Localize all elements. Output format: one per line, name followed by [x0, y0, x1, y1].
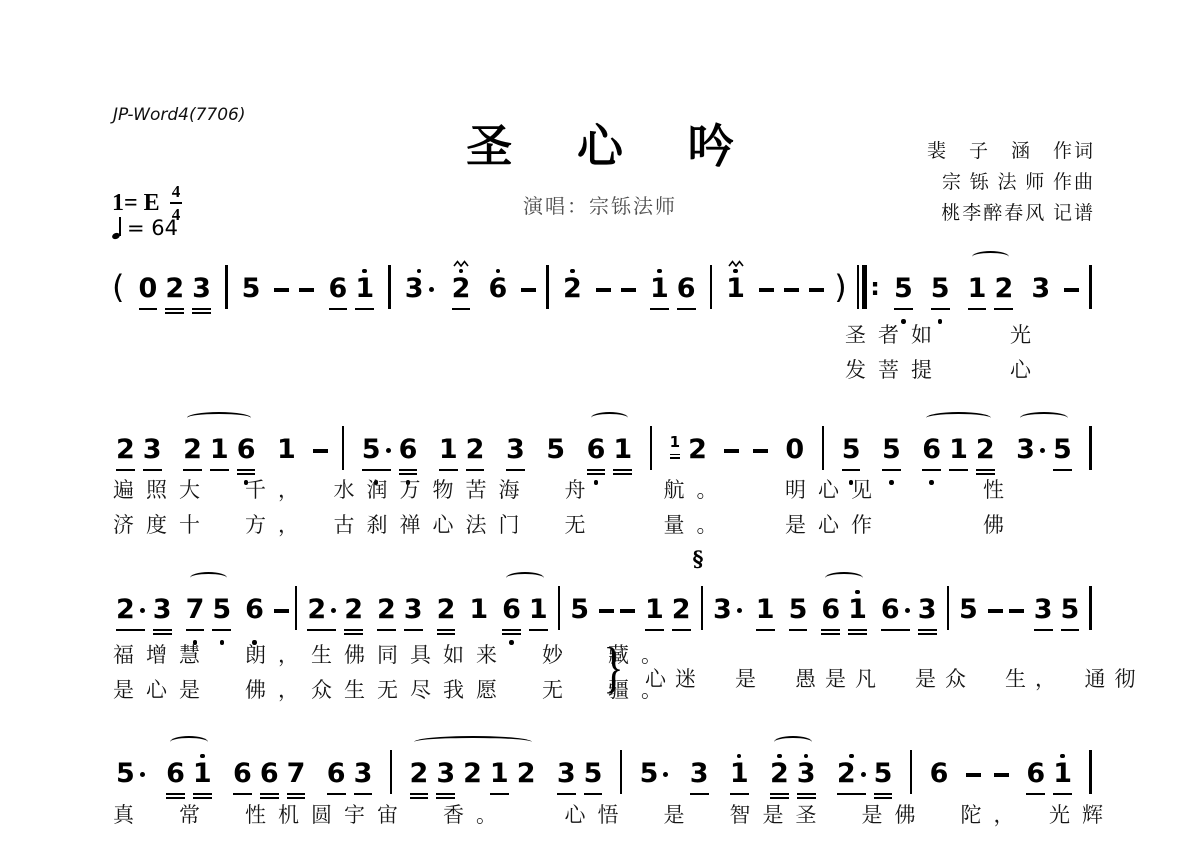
digit: 7	[186, 594, 205, 626]
dash-note	[313, 449, 328, 453]
digit: 2	[770, 758, 789, 790]
beam-line	[821, 633, 840, 635]
barline-rule	[910, 750, 913, 794]
dash-note	[759, 288, 774, 292]
digit: 6	[327, 758, 346, 790]
barline-rule	[1089, 750, 1092, 794]
dash-note	[753, 449, 768, 453]
barline-rule	[620, 750, 623, 794]
dash-note	[1009, 609, 1024, 613]
note-digit: 2	[563, 273, 582, 305]
digit: 5	[212, 594, 231, 626]
beam-lines	[670, 452, 680, 462]
note: 3	[188, 251, 215, 331]
note-digit: 7	[186, 594, 205, 626]
note-group: 61	[325, 251, 379, 331]
beam-lines	[437, 626, 456, 636]
note-digit: 5	[242, 273, 261, 305]
note-digit: 6	[260, 758, 279, 790]
note-digit: 6	[233, 758, 252, 790]
digit: 1	[490, 758, 509, 790]
digit: 1	[277, 434, 296, 466]
beam-lines	[377, 626, 396, 636]
beam-lines	[529, 626, 548, 636]
note-digit: 6	[245, 594, 264, 626]
beam-line	[192, 308, 211, 310]
barline	[1089, 572, 1092, 630]
beam-lines	[165, 305, 184, 315]
note: 3	[1012, 412, 1049, 492]
note-ornaments	[453, 251, 469, 273]
note-digit: 6	[399, 434, 418, 466]
beam-lines	[1034, 626, 1053, 636]
beam-line	[437, 629, 456, 631]
parenthesis: (	[112, 270, 124, 304]
beam-line	[193, 793, 212, 795]
note-ornaments	[657, 251, 662, 273]
key-label: 1= E	[112, 190, 160, 217]
beam-lines	[931, 305, 950, 315]
beam-line	[116, 629, 145, 631]
note-digit: 6	[327, 758, 346, 790]
digit: 6	[502, 594, 521, 626]
digit: 3	[192, 273, 211, 305]
note-group: 5	[955, 572, 982, 652]
slur-arc	[591, 412, 629, 424]
dash-note	[1064, 288, 1079, 292]
beam-line	[1026, 793, 1045, 795]
beam-lines	[968, 305, 987, 315]
note-digit: 1	[210, 434, 229, 466]
note-group: 61	[817, 572, 871, 652]
beam-lines	[894, 305, 913, 315]
lyrics-line-3-joined: 心迷 是 愚是凡 是众 生， 通彻	[645, 662, 1145, 697]
beam-lines	[1061, 626, 1080, 636]
note-digit: 5	[959, 594, 978, 626]
digit: 3	[436, 758, 455, 790]
beam-line	[650, 308, 669, 310]
beam-line	[584, 793, 603, 795]
note-group: 3	[709, 572, 746, 652]
note: 6	[673, 251, 700, 331]
note-digit: 0	[139, 273, 158, 305]
digit: 5	[959, 594, 978, 626]
digit: 6	[166, 758, 185, 790]
beam-lines	[452, 305, 471, 315]
beam-line	[183, 469, 202, 471]
beam-lines	[329, 305, 348, 315]
digit: 2	[437, 594, 456, 626]
note-digit: 1	[670, 432, 680, 452]
digit: 2	[517, 758, 536, 790]
note: 3	[1030, 572, 1057, 652]
digit: 5	[1061, 594, 1080, 626]
beam-line	[730, 793, 749, 795]
digit: 2	[976, 434, 995, 466]
digit: 1	[1053, 758, 1072, 790]
beam-line	[436, 793, 455, 795]
digit: 1	[756, 594, 775, 626]
beam-line	[837, 793, 866, 795]
digit: 2	[994, 273, 1013, 305]
digit: 1	[645, 594, 664, 626]
slur-arc	[1020, 412, 1068, 424]
slur-arc	[190, 572, 228, 584]
beam-line	[670, 457, 680, 459]
digit: 3	[690, 758, 709, 790]
beam-line	[344, 629, 363, 631]
note-digit: 5	[842, 434, 861, 466]
digit: 3	[713, 594, 732, 626]
beam-lines	[726, 305, 745, 315]
beam-line	[976, 469, 995, 471]
barline	[1089, 251, 1092, 309]
augmentation-dot	[1040, 448, 1045, 453]
beam-line	[848, 633, 867, 635]
beam-line	[490, 793, 509, 795]
dash-note	[274, 288, 289, 292]
barline-rule	[1089, 586, 1092, 630]
digit: 5	[789, 594, 808, 626]
beam-line	[1061, 629, 1080, 631]
note-digit: 5	[931, 273, 950, 305]
note: 5	[1049, 412, 1076, 492]
note-digit: 6	[1026, 758, 1045, 790]
beam-lines	[881, 626, 910, 636]
note-group: 1	[722, 251, 749, 331]
digit: 2	[688, 434, 707, 466]
digit: 6	[329, 273, 348, 305]
note-ornaments	[849, 736, 854, 758]
note-digit: 2	[452, 273, 471, 305]
note-digit: 2	[976, 434, 995, 466]
beam-line	[918, 629, 937, 631]
beam-line	[690, 793, 709, 795]
note-digit: 2	[437, 594, 456, 626]
augmentation-dot	[663, 772, 668, 777]
digit: 1	[469, 594, 488, 626]
note: 3	[401, 251, 438, 331]
beam-lines	[307, 626, 336, 636]
note-ornaments	[1060, 736, 1065, 758]
note-digit: 5	[362, 434, 391, 466]
digit: 2	[377, 594, 396, 626]
beam-lines	[469, 626, 488, 636]
beam-line	[410, 793, 429, 795]
note-digit: 3	[404, 594, 423, 626]
dash-note	[994, 773, 1009, 777]
dash-note	[724, 449, 739, 453]
digit: 1	[968, 273, 987, 305]
digit: 3	[153, 594, 172, 626]
augmentation-dot	[861, 772, 866, 777]
beam-line	[404, 629, 423, 631]
note-digit: 5	[570, 594, 589, 626]
beam-line	[233, 793, 252, 795]
barline	[650, 412, 653, 470]
digit: 5	[584, 758, 603, 790]
note-group: 35	[1012, 412, 1076, 492]
note-digit: 5	[874, 758, 893, 790]
digit: 5	[1053, 434, 1072, 466]
barline	[342, 412, 345, 470]
note-digit: 5	[116, 758, 145, 790]
digit: 2	[183, 434, 202, 466]
beam-line	[874, 793, 893, 795]
note-digit: 1	[756, 594, 775, 626]
digit: 3	[1016, 434, 1035, 466]
digit: 0	[139, 273, 158, 305]
beam-line	[116, 469, 135, 471]
digit: 1	[613, 434, 632, 466]
beam-lines	[672, 626, 691, 636]
note-digit: 2	[116, 434, 135, 466]
note-digit: 3	[1031, 273, 1050, 305]
slur-arc	[972, 251, 1010, 263]
beam-lines	[918, 626, 937, 636]
note-digit: 6	[930, 758, 949, 790]
beam-lines	[153, 626, 172, 636]
barline	[1089, 412, 1092, 470]
beam-lines	[713, 626, 742, 636]
note-digit: 6	[922, 434, 941, 466]
beam-lines	[355, 305, 374, 315]
augmentation-dot	[386, 448, 391, 453]
repeat-dots: :	[870, 267, 880, 307]
barline-rule	[1089, 426, 1092, 470]
slur-arc	[414, 736, 532, 748]
note-digit: 1	[529, 594, 548, 626]
augmentation-dot	[429, 287, 434, 292]
digit: 1	[848, 594, 867, 626]
slur-arc	[926, 412, 990, 424]
dash-note	[596, 288, 611, 292]
beam-lines	[186, 626, 205, 636]
beam-line	[882, 469, 901, 471]
note-digit: 2	[183, 434, 202, 466]
note: 6	[817, 572, 844, 652]
note-ornaments	[362, 251, 367, 273]
slur-arc	[187, 412, 251, 424]
barline	[295, 572, 298, 630]
barline	[710, 251, 713, 309]
digit: 0	[785, 434, 804, 466]
digit: 7	[287, 758, 306, 790]
beam-line	[672, 629, 691, 631]
tempo-value: = 64	[127, 216, 178, 240]
beam-line	[894, 308, 913, 310]
beam-line	[881, 629, 910, 631]
note-group: 1	[752, 572, 779, 652]
note-digit: 6	[881, 594, 910, 626]
lyrics-line-1: 圣者如 光 发菩提 心	[845, 318, 1043, 388]
note-group: 2	[559, 251, 586, 331]
note-digit: 2	[837, 758, 866, 790]
beam-line	[1053, 793, 1072, 795]
beam-line	[789, 629, 808, 631]
beam-lines	[139, 305, 158, 315]
note-digit: 5	[789, 594, 808, 626]
beam-line	[153, 629, 172, 631]
repeat-start-sign: :	[857, 265, 880, 309]
note-digit: 6	[166, 758, 185, 790]
digit: 2	[165, 273, 184, 305]
digit: 3	[1031, 273, 1050, 305]
beam-line	[506, 469, 525, 471]
barline-rule	[546, 265, 549, 309]
beam-line	[613, 469, 632, 471]
note-group: 023	[135, 251, 215, 331]
beam-lines	[959, 626, 978, 636]
dash-note	[274, 609, 289, 613]
beam-line	[143, 469, 162, 471]
note: 5	[238, 251, 265, 331]
note-group: 3	[401, 251, 438, 331]
note-digit: 3	[405, 273, 434, 305]
repeat-thin-bar	[857, 265, 859, 309]
digit: 1	[193, 758, 212, 790]
beam-line	[922, 469, 941, 471]
digit: 5	[931, 273, 950, 305]
dash-note	[299, 288, 314, 292]
beam-line	[260, 793, 279, 795]
note-ornaments	[737, 736, 742, 758]
digit: 1	[210, 434, 229, 466]
dash-note	[809, 288, 824, 292]
note-digit: 1	[1053, 758, 1072, 790]
note-ornaments	[417, 251, 422, 273]
note-digit: 2	[344, 594, 363, 626]
augmentation-dot	[905, 608, 910, 613]
dash-note	[620, 609, 635, 613]
beam-lines	[344, 626, 363, 636]
beam-line	[677, 308, 696, 310]
augmentation-dot	[140, 772, 145, 777]
beam-line	[344, 633, 363, 635]
digit: 6	[260, 758, 279, 790]
dash-note	[966, 773, 981, 777]
digit: 6	[677, 273, 696, 305]
digit: 6	[237, 434, 256, 466]
beam-line	[466, 469, 485, 471]
note-digit: 2	[466, 434, 485, 466]
digit: 1	[730, 758, 749, 790]
beam-line	[645, 629, 664, 631]
note-digit: 2	[517, 758, 536, 790]
digit: 5	[362, 434, 381, 466]
beam-line	[670, 454, 680, 456]
digit: 5	[546, 434, 565, 466]
note-digit: 3	[1016, 434, 1045, 466]
beam-line	[1034, 629, 1053, 631]
beam-line	[949, 469, 968, 471]
digit: 6	[245, 594, 264, 626]
note-digit: 3	[506, 434, 525, 466]
beam-line	[968, 308, 987, 310]
note-digit: 1	[968, 273, 987, 305]
beam-line	[437, 633, 456, 635]
beam-line	[139, 308, 158, 310]
barline	[947, 572, 950, 630]
digit: 2	[466, 434, 485, 466]
note: 3	[709, 572, 746, 652]
note-digit: 2	[770, 758, 789, 790]
note-digit: 1	[439, 434, 458, 466]
quarter-note-icon	[112, 216, 123, 240]
beam-lines	[650, 305, 669, 315]
barline-rule	[1089, 265, 1092, 309]
digit: 6	[1026, 758, 1045, 790]
beam-line	[237, 469, 256, 471]
beam-lines	[405, 305, 434, 315]
note: 6	[325, 251, 352, 331]
note: 6	[484, 251, 511, 331]
note: 1	[351, 251, 378, 331]
beam-line	[918, 633, 937, 635]
beam-line	[452, 308, 471, 310]
digit: 6	[399, 434, 418, 466]
beam-line	[439, 469, 458, 471]
digit: 5	[570, 594, 589, 626]
note: 6	[877, 572, 914, 652]
dash-note	[521, 288, 536, 292]
lyrics-brace: }	[603, 640, 623, 696]
beam-line	[842, 469, 861, 471]
barline	[390, 736, 393, 794]
beam-lines	[242, 305, 261, 315]
beam-line	[327, 793, 346, 795]
note-digit: 1	[650, 273, 669, 305]
note-digit: 1	[848, 594, 867, 626]
beam-lines	[192, 305, 211, 315]
note: 5	[785, 572, 812, 652]
note-digit: 1	[645, 594, 664, 626]
note-group: 5	[238, 251, 265, 331]
augmentation-dot	[331, 608, 336, 613]
barline-rule	[225, 265, 228, 309]
beam-line	[166, 793, 185, 795]
barline-rule	[390, 750, 393, 794]
digit: 1	[529, 594, 548, 626]
note-digit: 1	[730, 758, 749, 790]
digit: 2	[463, 758, 482, 790]
digit: 1	[726, 273, 745, 305]
note-digit: 3	[143, 434, 162, 466]
note-digit: 5	[640, 758, 669, 790]
digit: 5	[894, 273, 913, 305]
barline	[558, 572, 561, 630]
barline	[1089, 736, 1092, 794]
note-digit: 5	[1053, 434, 1072, 466]
beam-lines	[116, 626, 145, 636]
note-digit: 6	[821, 594, 840, 626]
dash-note	[988, 609, 1003, 613]
note-ornaments	[570, 251, 575, 273]
digit: 6	[587, 434, 606, 466]
beam-line	[770, 793, 789, 795]
slur-arc	[506, 572, 544, 584]
barline-rule	[701, 586, 704, 630]
digit: 5	[882, 434, 901, 466]
digit: 6	[881, 594, 900, 626]
note-digit: 2	[688, 434, 707, 466]
note-digit: 3	[354, 758, 373, 790]
digit: 1	[949, 434, 968, 466]
note-digit: 5	[894, 273, 913, 305]
beam-lines	[756, 626, 775, 636]
beam-lines	[1053, 466, 1072, 476]
beam-lines	[994, 305, 1013, 315]
